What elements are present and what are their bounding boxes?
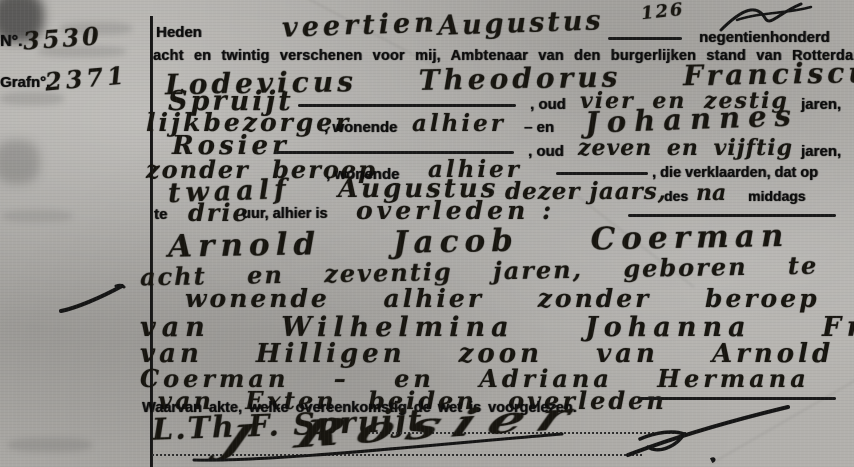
declarant2-given-name: Johannes (584, 98, 799, 139)
margin-check-mark (58, 282, 128, 314)
fill-line (608, 37, 682, 40)
te-label: te (154, 206, 167, 223)
act-number-label: N°. (0, 33, 22, 51)
grave-number-value: 2371 (44, 60, 129, 96)
date-day-handwritten: veertien (282, 7, 439, 43)
wonende-label-1: , wonende (324, 119, 397, 136)
deceased-line: wonende alhier zonder beroep weduwnaar (185, 284, 854, 313)
middags-label: middags (748, 188, 806, 204)
jaren-label-1: jaren, (801, 96, 841, 113)
fill-line (640, 397, 836, 400)
date-month-handwritten: Augustus (438, 5, 605, 42)
des-label: des (664, 188, 688, 204)
death-certificate-scan: N°. 3530 Grafn°. 2371 126 Heden veertien… (0, 0, 854, 467)
jaren-label-2: jaren, (801, 143, 841, 160)
en-label: – en (524, 119, 554, 136)
oud-label-1: , oud (530, 96, 566, 113)
heden-label: Heden (156, 24, 202, 41)
declarant2-age: zeven en vijftig (578, 135, 793, 161)
fill-line (628, 214, 836, 217)
oud-label-2: , oud (528, 143, 564, 160)
page-number: 126 (640, 0, 686, 24)
stain (0, 140, 40, 184)
fill-line (298, 104, 516, 107)
uur-alhier-label: uur, alhier is (242, 206, 327, 222)
grave-number-label: Grafn°. (0, 74, 50, 91)
na-handwritten: na (696, 180, 726, 206)
residence-1: alhier (412, 110, 506, 137)
stain (2, 210, 72, 222)
stain (8, 438, 92, 452)
fill-line (556, 172, 648, 175)
death-hour-handwritten: drie (188, 198, 250, 227)
negentienhonderd-label: negentienhonderd (699, 29, 830, 46)
act-number-value: 3530 (22, 21, 103, 55)
fill-line (274, 151, 514, 154)
verklaarden-label: , die verklaarden, dat op (652, 165, 818, 181)
witness-signature-flourish (190, 428, 570, 464)
registrar-paraph (620, 405, 795, 465)
overleden-handwritten: overleden : (356, 196, 555, 225)
